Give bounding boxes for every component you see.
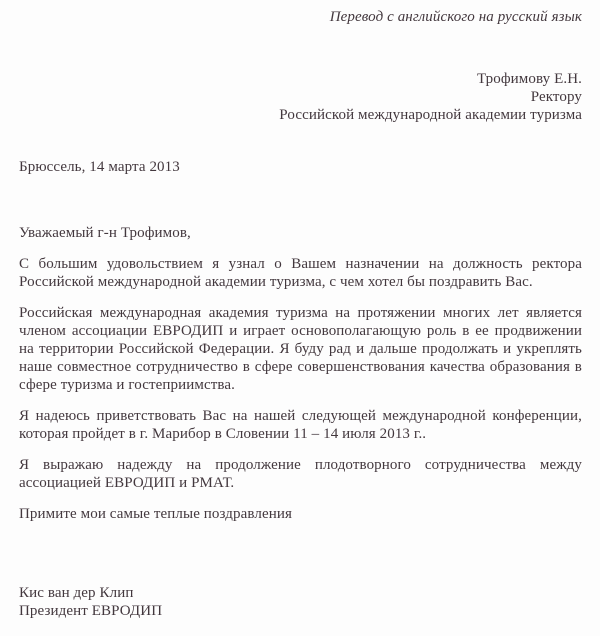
letter-page: Перевод с английского на русский язык Тр…: [0, 0, 600, 636]
recipient-organization: Российской международной академии туризм…: [19, 106, 582, 124]
letter-paragraph: Я надеюсь приветствовать Вас на нашей сл…: [19, 407, 582, 443]
dateline: Брюссель, 14 марта 2013: [19, 158, 582, 176]
recipient-block: Трофимову Е.Н. Ректору Российской междун…: [19, 70, 582, 124]
signatory-title: Президент ЕВРОДИП: [19, 602, 582, 620]
recipient-name: Трофимову Е.Н.: [19, 70, 582, 88]
salutation: Уважаемый г-н Трофимов,: [19, 224, 582, 242]
letter-paragraph: Я выражаю надежду на продолжение плодотв…: [19, 456, 582, 492]
letter-paragraph: С большим удовольствием я узнал о Вашем …: [19, 255, 582, 291]
recipient-title: Ректору: [19, 88, 582, 106]
signature-block: Кис ван дер Клип Президент ЕВРОДИП: [19, 584, 582, 620]
translation-note: Перевод с английского на русский язык: [19, 8, 582, 26]
closing-line: Примите мои самые теплые поздравления: [19, 505, 582, 523]
letter-paragraph: Российская международная академия туризм…: [19, 304, 582, 394]
signatory-name: Кис ван дер Клип: [19, 584, 582, 602]
